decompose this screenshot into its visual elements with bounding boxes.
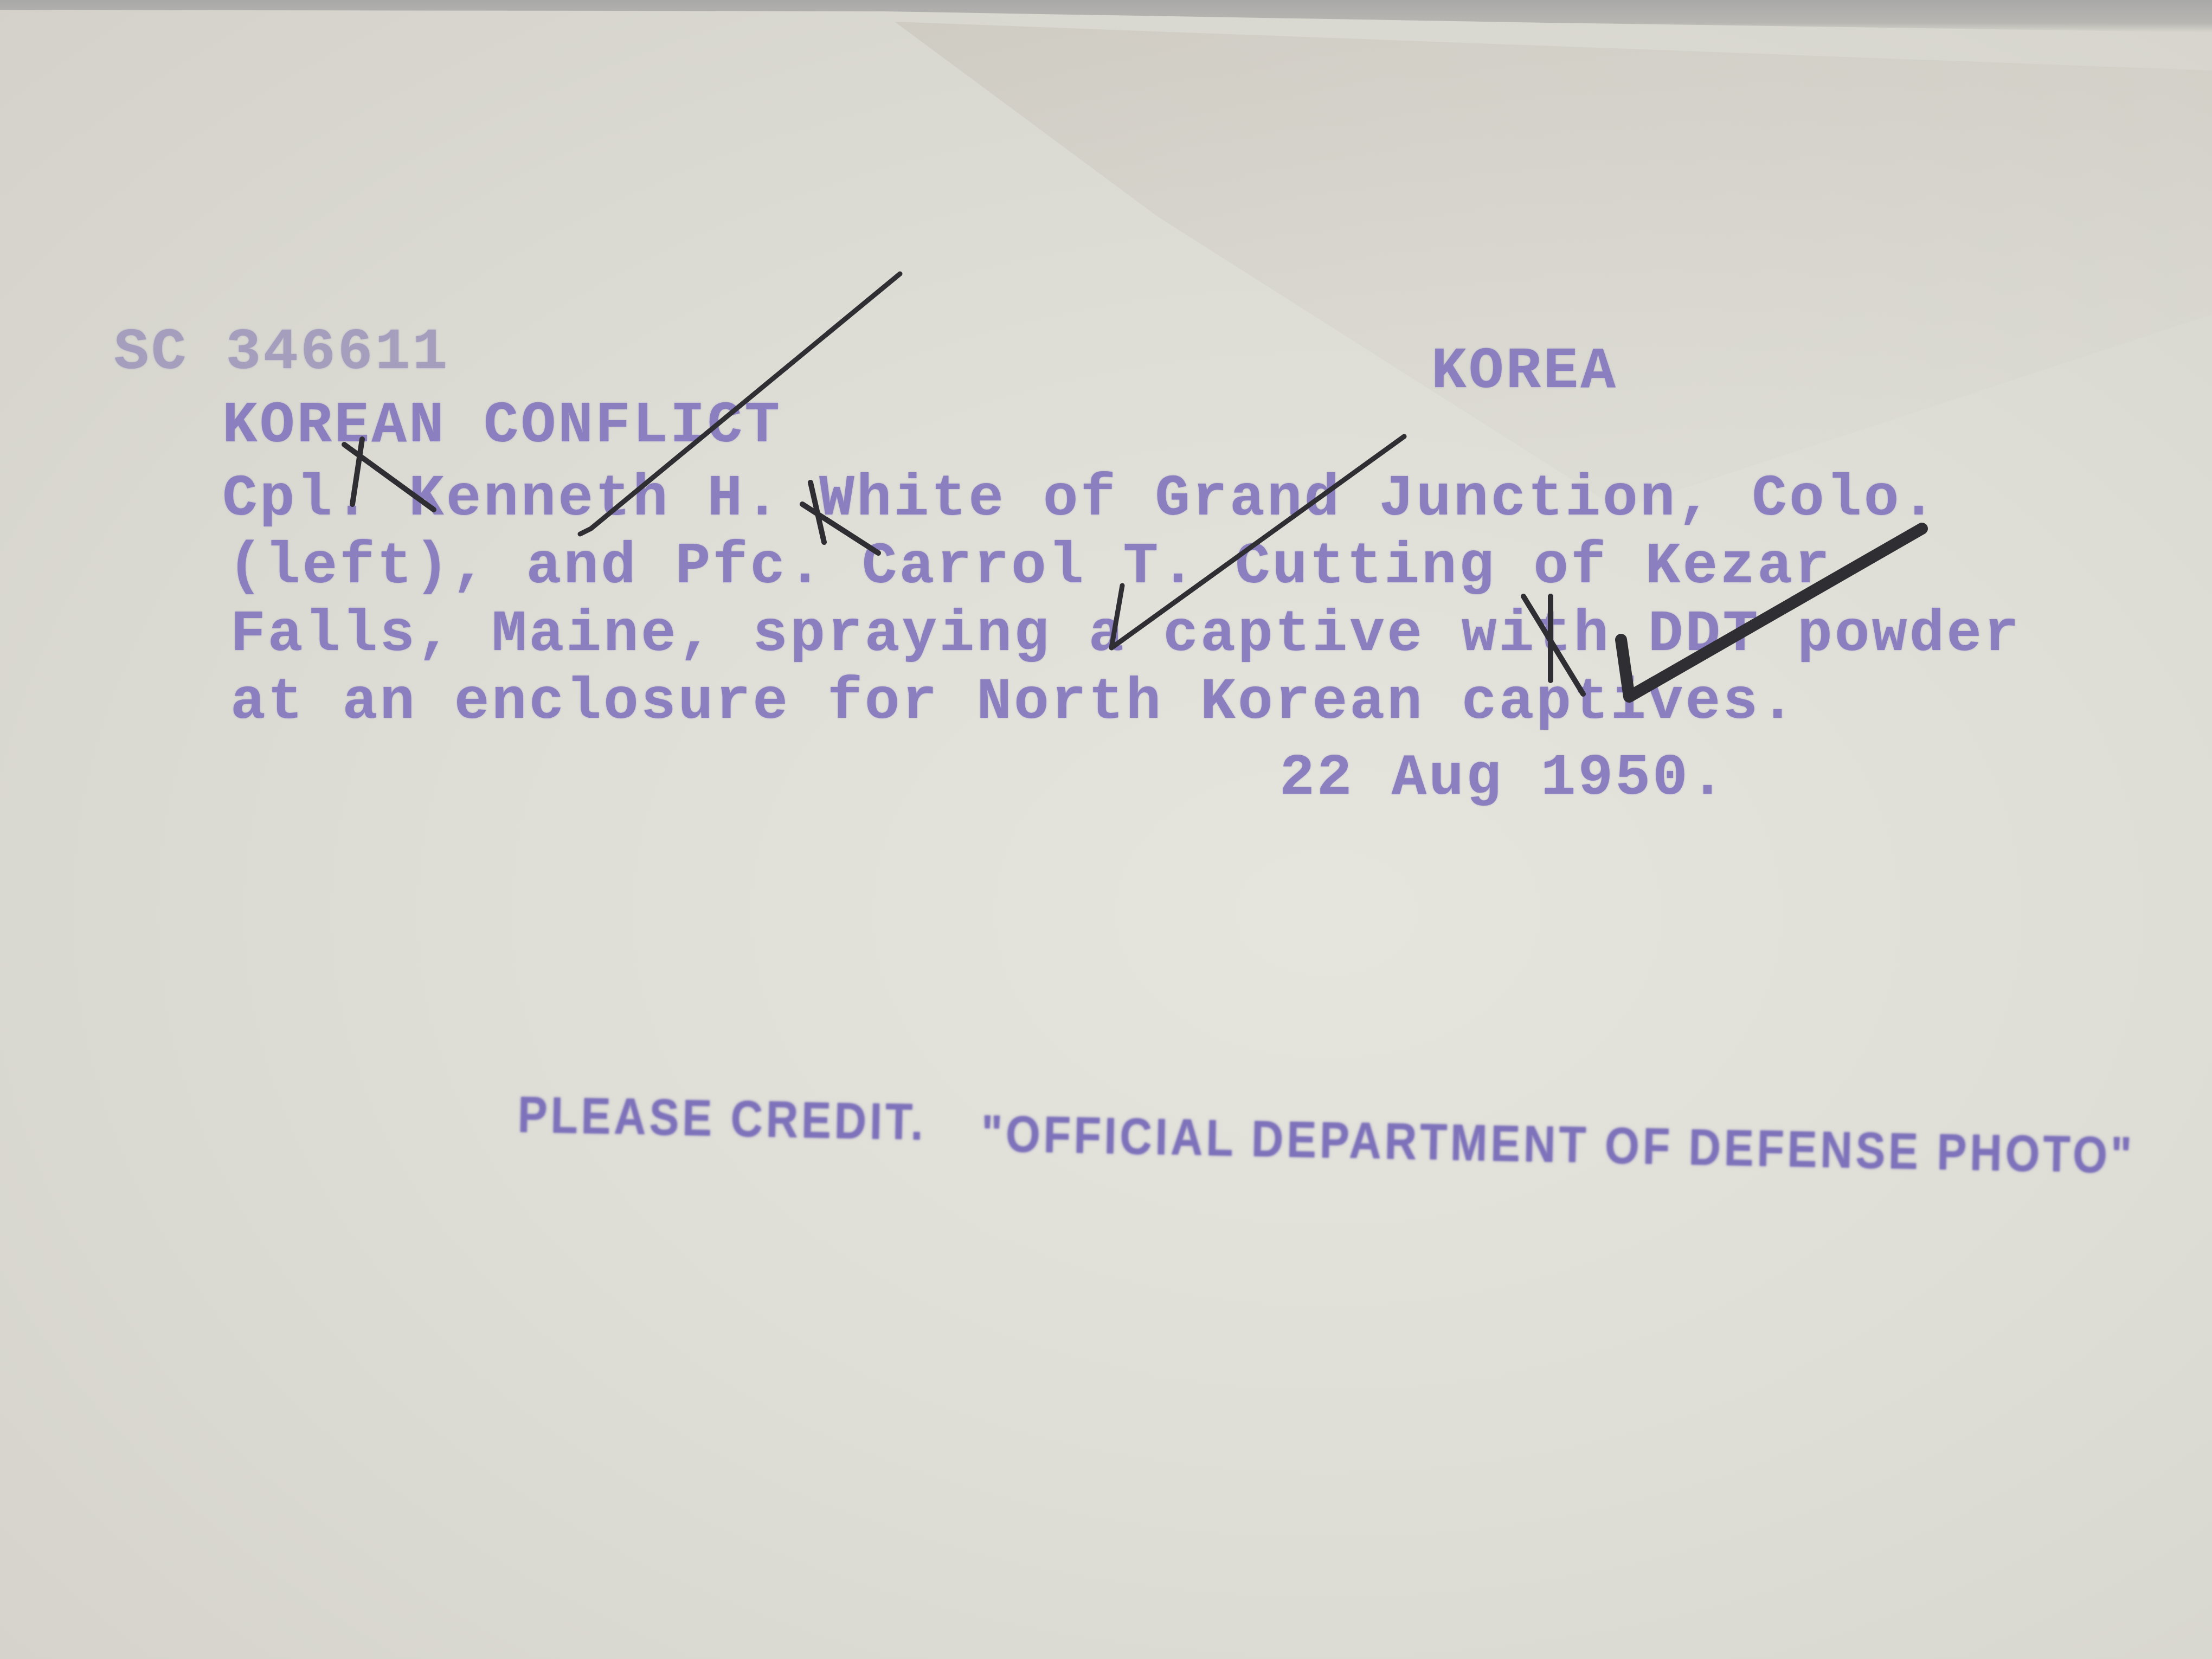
location-header: KOREA [1431, 339, 1618, 405]
credit-stamp-prefix: PLEASE CREDIT. [517, 1086, 927, 1153]
caption-date: 22 Aug 1950. [1279, 745, 1727, 812]
caption-line: Cpl. Kenneth H. White of Grand Junction,… [222, 466, 1938, 532]
caption-line: at an enclosure for North Korean captive… [230, 670, 1797, 736]
caption-line: (left), and Pfc. Carrol T. Cutting of Ke… [228, 534, 1832, 600]
photo-id: SC 346611 [114, 320, 449, 386]
subject-header: KOREAN CONFLICT [222, 393, 782, 459]
caption-line: Falls, Maine, spraying a captive with DD… [230, 602, 2021, 668]
